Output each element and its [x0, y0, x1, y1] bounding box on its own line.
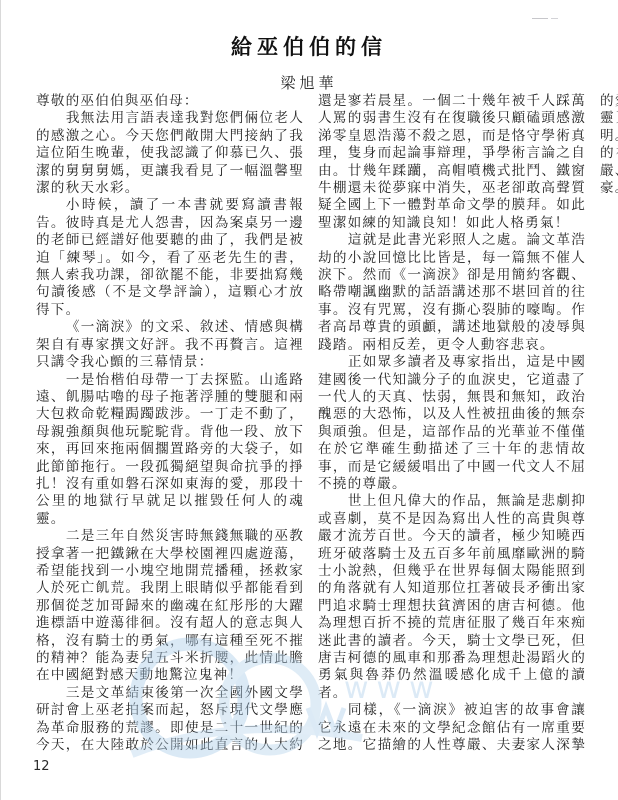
letter-paragraph: 二是三年自然災害時無錢無職的巫教授拿著一把鐵鍬在大學校園裡四處遊蕩，希望能找到一…	[36, 528, 304, 685]
signature-line: 梁旭華敬上 (2015)	[600, 215, 618, 233]
letter-paragraph: 小時候，讀了一本書就要寫讀書報告。彼時真是尤人怨書，因為案桌另一邊的老師已經譜好…	[36, 197, 304, 319]
page-title: 給巫伯伯的信	[0, 31, 618, 61]
letter-paragraph: 正如眾多讀者及專家指出，這是中國建國後一代知識分子的血淚史，它道盡了一代人的天真…	[318, 354, 586, 493]
author-name: 梁旭華	[0, 72, 618, 93]
letter-thanks: 謝謝！	[600, 197, 618, 214]
letter-paragraph: 世上但凡偉大的作品，無論是悲劇抑或喜劇，莫不是因為寫出人性的高貴與尊嚴才流芳百世…	[318, 493, 586, 702]
letter-salutation: 尊敬的巫伯伯與巫伯母：	[36, 93, 304, 110]
letter-body: 尊敬的巫伯伯與巫伯母： 我無法用言語表達我對您們倆位老人的感激之心。今天您們敞開…	[36, 93, 586, 757]
letter-paragraph: 一是怡楷伯母帶一丁去探監。山遙路遠、飢腸咕嚕的母子拖著浮腫的雙腿和兩大包救命乾糧…	[36, 372, 304, 529]
document-page: 給巫伯伯的信 梁旭華 尊敬的巫伯伯與巫伯母： 我無法用言語表達我對您們倆位老人的…	[0, 0, 618, 800]
page-number: 12	[33, 759, 50, 774]
letter-paragraph: 《一滴淚》的文采、敘述、情感與構架自有專家撰文好評。我不再贅言。這裡只講令我心顫…	[36, 319, 304, 371]
letter-paragraph: 我無法用言語表達我對您們倆位老人的感激之心。今天您們敞開大門接納了我這位陌生晚輩…	[36, 110, 304, 197]
scan-artifact	[532, 18, 548, 21]
letter-paragraph: 這就是此書光彩照人之處。論文革浩劫的小說回憶比比皆是，每一篇無不催人淚下。然而《…	[318, 232, 586, 354]
